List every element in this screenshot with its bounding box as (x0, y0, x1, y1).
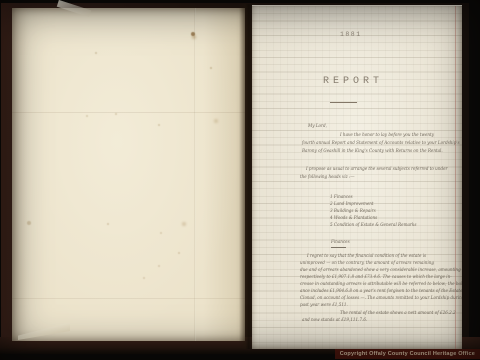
body-line: the following heads viz :— (300, 174, 355, 180)
body-line: respectively to £1,907.1.8 and £73.4.6. … (300, 274, 452, 280)
left-blank-page (12, 8, 245, 341)
body-line: I propose as usual to arrange the severa… (306, 166, 447, 172)
body-line: and now stands at £19,111.7.6. (302, 317, 367, 323)
body-line: unimproved — on the contrary, the amount… (300, 260, 434, 266)
list-item: 2 Land Improvement (330, 201, 374, 207)
foxing-stains (12, 8, 14, 10)
body-line: past year were £1,511. (300, 302, 348, 308)
list-item: 5 Condition of Estate & General Remarks (330, 222, 416, 228)
copyright-watermark: Copyright Offaly County Council Heritage… (335, 349, 480, 359)
list-item: 4 Woods & Plantations (330, 215, 377, 221)
section-heading-underline (331, 247, 346, 248)
horizontal-crease (12, 298, 245, 299)
list-item: 3 Buildings & Repairs (330, 208, 376, 214)
body-line: crease in outstanding arrears is attribu… (300, 281, 462, 287)
body-line: I regret to say that the financial condi… (307, 253, 426, 259)
year-stamp: 1881 (340, 31, 362, 38)
bottom-corner-fold (18, 320, 70, 340)
photo-of-open-ledger: 1881 REPORT My Lord, I have the honor to… (0, 0, 480, 360)
body-line: Barony of Geashill in the King's County … (302, 148, 443, 154)
body-line: I have the honor to lay before you the t… (340, 132, 434, 138)
horizontal-crease (12, 112, 245, 113)
body-line: due and of arrears abandoned show a very… (300, 267, 461, 273)
body-line: Clonad, on account of losses —. The amou… (300, 295, 462, 301)
section-heading: Finances (331, 239, 350, 245)
list-item: 1 Finances (330, 194, 353, 200)
report-page: 1881 REPORT My Lord, I have the honor to… (252, 5, 462, 349)
vertical-crease (194, 8, 196, 341)
body-line: ance includes £1,904.6.8 on a year's ren… (300, 288, 462, 294)
body-line: The rental of the estate shows a nett am… (340, 310, 456, 316)
title-underline (330, 102, 357, 103)
salutation: My Lord, (308, 123, 327, 129)
body-line: fourth annual Report and Statement of Ac… (302, 140, 460, 146)
report-title-stamp: REPORT (323, 76, 383, 87)
